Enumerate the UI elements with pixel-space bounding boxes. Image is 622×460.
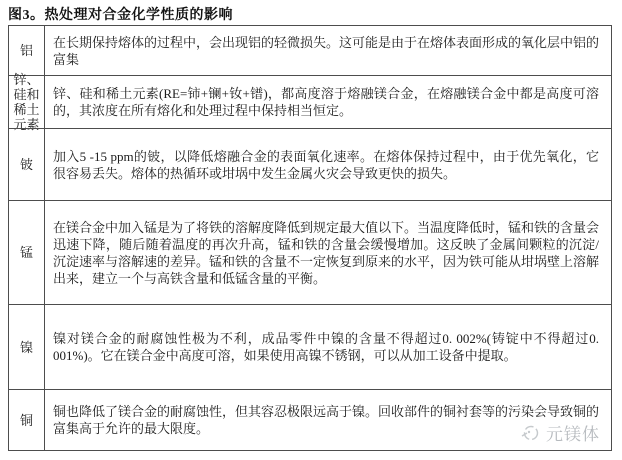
table-row: 锰 在镁合金中加入锰是为了将铁的溶解度降低到规定最大值以下。当温度降低时，锰和铁… xyxy=(9,200,611,304)
element-description-cell: 在长期保持熔体的过程中，会出现铝的轻微损失。这可能是由于在熔体表面形成的氧化层中… xyxy=(45,26,611,75)
table-row: 镍 镍对镁合金的耐腐蚀性极为不利，成品零件中镍的含量不得超过0. 002%(铸锭… xyxy=(9,304,611,389)
element-name-cell: 铜 xyxy=(9,390,45,450)
element-description-cell: 加入5 -15 ppm的铍，以降低熔融合金的表面氧化速率。在熔体保持过程中，由于… xyxy=(45,129,611,200)
element-description-cell: 锌、硅和稀土元素(RE=铈+镧+钕+镨)，都高度溶于熔融镁合金，在熔融镁合金中都… xyxy=(45,76,611,128)
table-row: 铝 在长期保持熔体的过程中，会出现铝的轻微损失。这可能是由于在熔体表面形成的氧化… xyxy=(9,26,611,75)
table-row: 锌、硅和稀土元素 锌、硅和稀土元素(RE=铈+镧+钕+镨)，都高度溶于熔融镁合金… xyxy=(9,75,611,128)
brand-watermark-text: 元镁体 xyxy=(546,420,600,445)
brand-logo-icon xyxy=(520,423,540,443)
brand-watermark: 元镁体 xyxy=(520,420,600,445)
element-description-cell: 镍对镁合金的耐腐蚀性极为不利，成品零件中镍的含量不得超过0. 002%(铸锭中不… xyxy=(45,305,611,389)
element-name-cell: 锌、硅和稀土元素 xyxy=(9,76,45,128)
element-name-cell: 锰 xyxy=(9,201,45,304)
element-description-cell: 在镁合金中加入锰是为了将铁的溶解度降低到规定最大值以下。当温度降低时，锰和铁的含… xyxy=(45,201,611,304)
element-name-cell: 铍 xyxy=(9,129,45,200)
table-row: 铍 加入5 -15 ppm的铍，以降低熔融合金的表面氧化速率。在熔体保持过程中，… xyxy=(9,128,611,200)
document-page: 图3。热处理对合金化学性质的影响 铝 在长期保持熔体的过程中，会出现铝的轻微损失… xyxy=(0,0,622,460)
alloy-elements-table: 铝 在长期保持熔体的过程中，会出现铝的轻微损失。这可能是由于在熔体表面形成的氧化… xyxy=(8,25,612,451)
table-caption: 图3。热处理对合金化学性质的影响 xyxy=(8,4,233,24)
element-name-cell: 镍 xyxy=(9,305,45,389)
element-name-cell: 铝 xyxy=(9,26,45,75)
